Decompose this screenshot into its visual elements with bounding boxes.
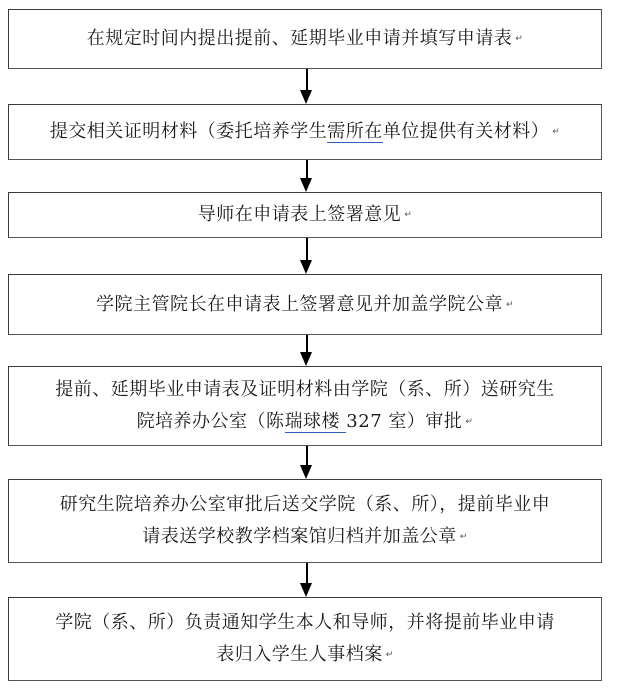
step-2-underlined-text: 需所在 — [327, 121, 383, 143]
flow-step-7: 学院（系、所）负责通知学生本人和导师，并将提前毕业申请 表归入学生人事档案↵ — [8, 597, 602, 681]
step-5-line-1: 提前、延期毕业申请表及证明材料由学院（系、所）送研究生 — [55, 379, 555, 400]
flow-step-5-text: 提前、延期毕业申请表及证明材料由学院（系、所）送研究生 院培养办公室（陈瑞球楼 … — [55, 374, 555, 438]
flow-step-1: 在规定时间内提出提前、延期毕业申请并填写申请表↵ — [8, 9, 602, 69]
arrow-down-6 — [300, 563, 313, 597]
arrow-down-4 — [300, 335, 313, 366]
step-6-line-2: 请表送学校教学档案馆归档并加盖公章 — [142, 526, 457, 547]
step-7-line-1: 学院（系、所）负责通知学生本人和导师，并将提前毕业申请 — [55, 612, 555, 633]
flow-step-6-text: 研究生院培养办公室审批后送交学院（系、所），提前毕业申 请表送学校教学档案馆归档… — [60, 489, 551, 553]
flow-step-3-text: 导师在申请表上签署意见↵ — [198, 199, 413, 231]
step-2-label-start: 提交相关证明材料（委托培养学生 — [50, 121, 328, 142]
flow-step-1-text: 在规定时间内提出提前、延期毕业申请并填写申请表↵ — [87, 23, 524, 55]
paragraph-mark-icon: ↵ — [465, 417, 473, 427]
arrow-down-3 — [300, 238, 313, 274]
step-6-line-1: 研究生院培养办公室审批后送交学院（系、所），提前毕业申 — [60, 494, 551, 515]
step-1-label: 在规定时间内提出提前、延期毕业申请并填写申请表 — [87, 28, 513, 49]
arrow-head-icon — [300, 90, 312, 104]
step-5-underlined-text: 瑞球楼 — [285, 411, 347, 433]
paragraph-mark-icon: ↵ — [460, 532, 468, 542]
arrow-head-icon — [300, 465, 312, 479]
paragraph-mark-icon: ↵ — [506, 300, 514, 310]
arrow-head-icon — [300, 583, 312, 597]
arrow-down-5 — [300, 446, 313, 479]
flow-step-2-text: 提交相关证明材料（委托培养学生需所在单位提供有关材料）↵ — [50, 116, 561, 148]
flow-step-5: 提前、延期毕业申请表及证明材料由学院（系、所）送研究生 院培养办公室（陈瑞球楼 … — [8, 366, 602, 446]
step-5-line-2-start: 院培养办公室（陈 — [137, 411, 285, 432]
paragraph-mark-icon: ↵ — [386, 650, 394, 660]
flow-step-7-text: 学院（系、所）负责通知学生本人和导师，并将提前毕业申请 表归入学生人事档案↵ — [55, 607, 555, 671]
step-4-label: 学院主管院长在申请表上签署意见并加盖学院公章 — [96, 294, 503, 315]
step-5-line-2-end: 327 室）审批 — [346, 411, 462, 432]
step-3-label: 导师在申请表上签署意见 — [198, 204, 402, 225]
arrow-down-1 — [300, 69, 313, 104]
arrow-head-icon — [300, 260, 312, 274]
flow-step-6: 研究生院培养办公室审批后送交学院（系、所），提前毕业申 请表送学校教学档案馆归档… — [8, 479, 602, 563]
step-7-line-2: 表归入学生人事档案 — [216, 644, 383, 665]
arrow-head-icon — [300, 352, 312, 366]
paragraph-mark-icon: ↵ — [552, 127, 560, 137]
arrow-down-2 — [300, 160, 313, 192]
step-2-label-end: 单位提供有关材料） — [383, 121, 550, 142]
paragraph-mark-icon: ↵ — [515, 34, 523, 44]
flow-step-4-text: 学院主管院长在申请表上签署意见并加盖学院公章↵ — [96, 289, 514, 321]
paragraph-mark-icon: ↵ — [404, 210, 412, 220]
flow-step-3: 导师在申请表上签署意见↵ — [8, 192, 602, 238]
flow-step-2: 提交相关证明材料（委托培养学生需所在单位提供有关材料）↵ — [8, 104, 602, 160]
flow-step-4: 学院主管院长在申请表上签署意见并加盖学院公章↵ — [8, 274, 602, 335]
arrow-head-icon — [300, 178, 312, 192]
